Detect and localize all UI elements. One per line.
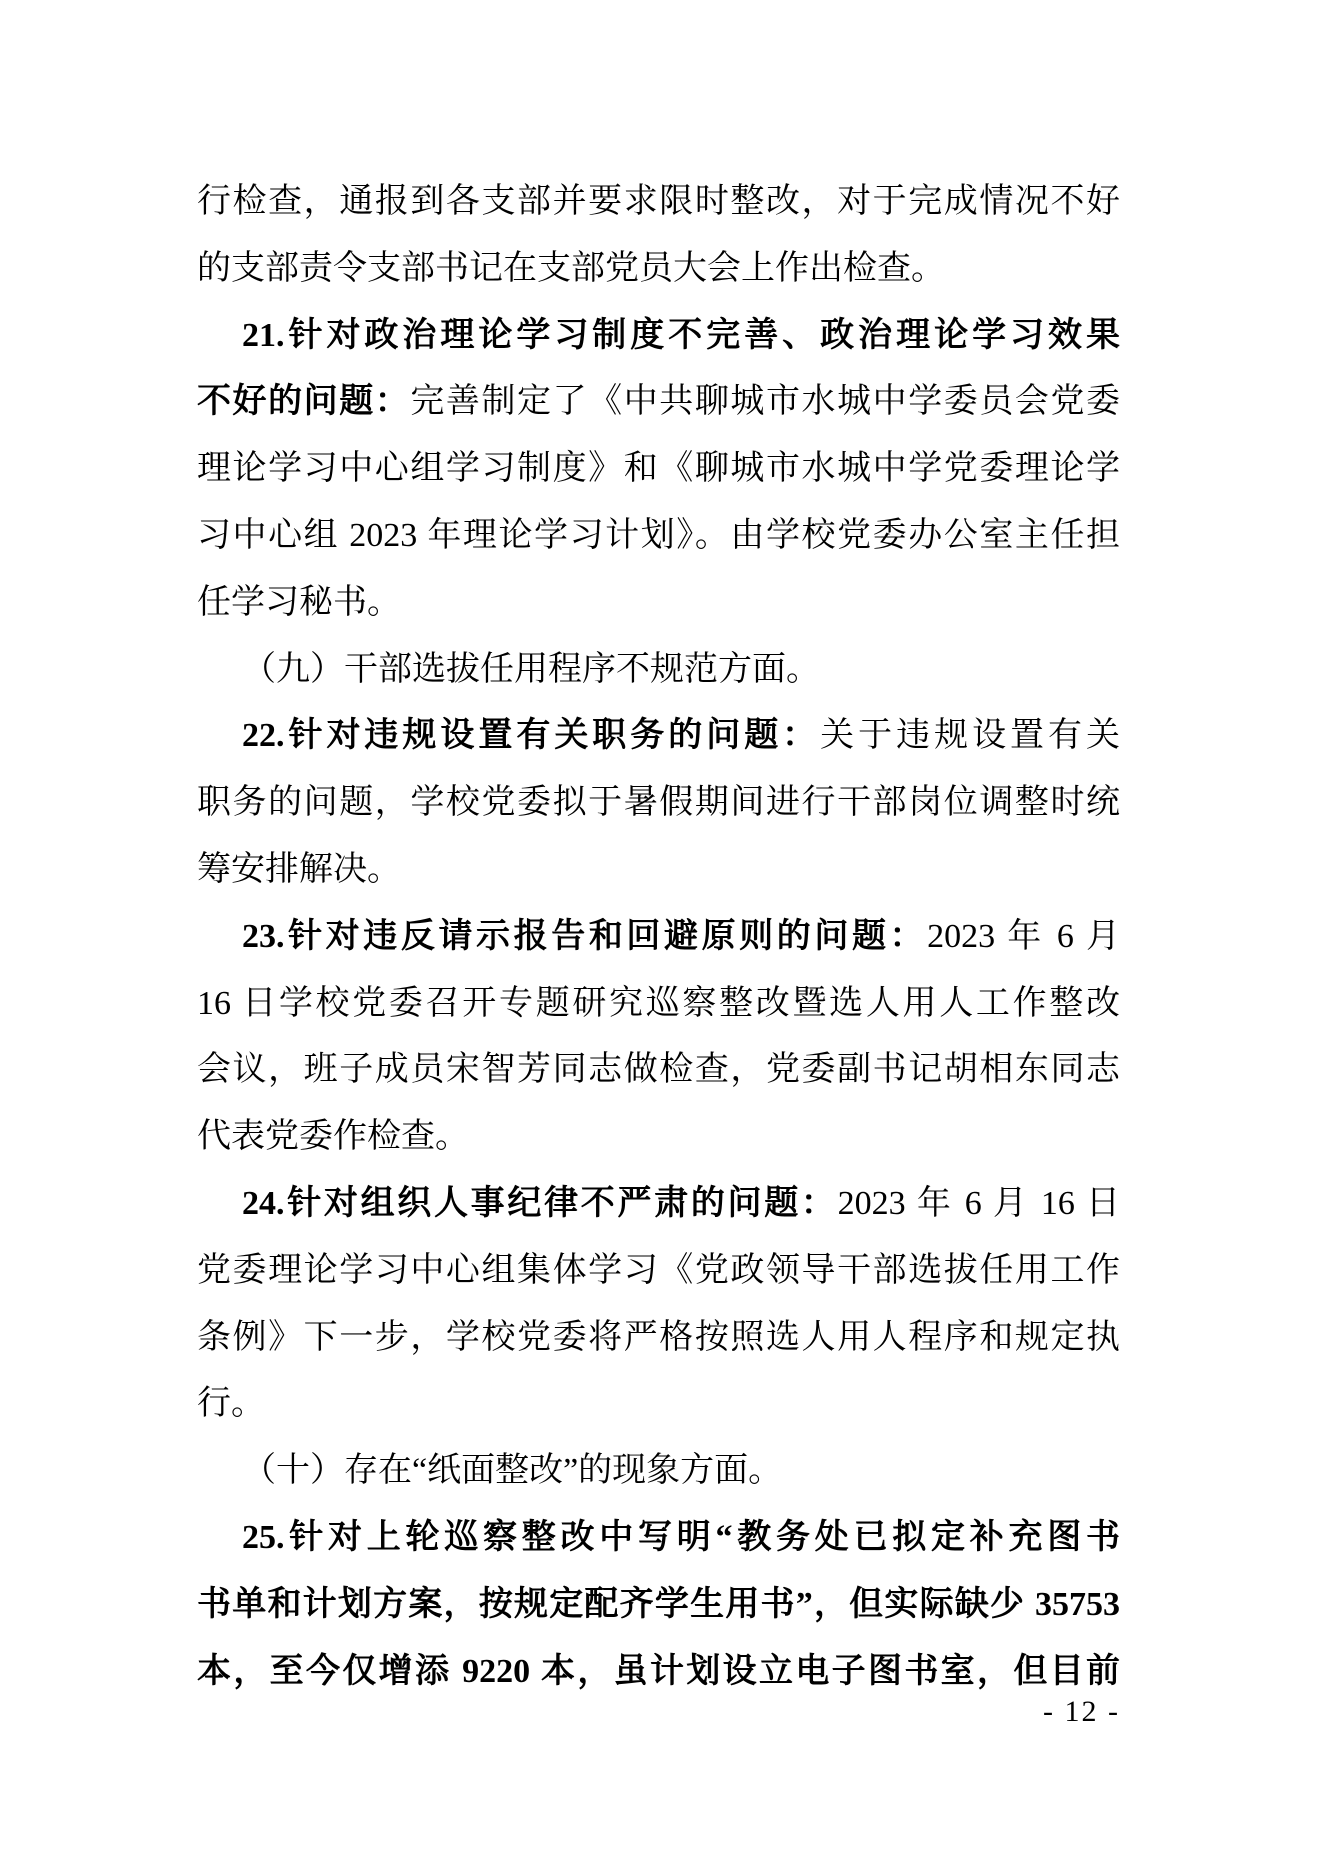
document-line: 16 日学校党委召开专题研究巡察整改暨选人用人工作整改 — [197, 971, 1120, 1038]
text-segment: 23.针对违反请示报告和回避原则的问题： — [242, 918, 927, 955]
document-line: 职务的问题，学校党委拟于暑假期间进行干部岗位调整时统 — [197, 770, 1120, 837]
text-segment: 会议，班子成员宋智芳同志做检查，党委副书记胡相东同志 — [197, 1051, 1120, 1088]
document-line: 条例》下一步，学校党委将严格按照选人用人程序和规定执 — [197, 1305, 1120, 1372]
document-line: 理论学习中心组学习制度》和《聊城市水城中学党委理论学 — [197, 436, 1120, 503]
text-segment: 筹安排解决。 — [197, 851, 401, 888]
page-number: - 12 - — [197, 1694, 1120, 1730]
text-segment: 24.针对组织人事纪律不严肃的问题： — [242, 1185, 838, 1222]
text-segment: 任学习秘书。 — [197, 584, 401, 621]
text-segment: 2023 年 6 月 — [927, 918, 1120, 955]
text-segment: 不好的问题： — [197, 383, 410, 420]
text-segment: 理论学习中心组学习制度》和《聊城市水城中学党委理论学 — [197, 450, 1120, 487]
text-segment: （十）存在“纸面整改”的现象方面。 — [242, 1452, 782, 1489]
text-segment: 的支部责令支部书记在支部党员大会上作出检查。 — [197, 250, 945, 287]
document-line: 代表党委作检查。 — [197, 1104, 1120, 1171]
document-line: （九）干部选拔任用程序不规范方面。 — [197, 637, 1120, 704]
document-line: 24.针对组织人事纪律不严肃的问题：2023 年 6 月 16 日 — [197, 1171, 1120, 1238]
document-line: 习中心组 2023 年理论学习计划》。由学校党委办公室主任担 — [197, 503, 1120, 570]
document-line: 党委理论学习中心组集体学习《党政领导干部选拔任用工作 — [197, 1238, 1120, 1305]
text-segment: 22.针对违规设置有关职务的问题： — [242, 717, 820, 754]
document-line: 行检查，通报到各支部并要求限时整改，对于完成情况不好 — [197, 169, 1120, 236]
text-segment: 代表党委作检查。 — [197, 1118, 469, 1155]
document-line: （十）存在“纸面整改”的现象方面。 — [197, 1438, 1120, 1505]
text-segment: 2023 年 6 月 16 日 — [838, 1185, 1120, 1222]
document-body: 行检查，通报到各支部并要求限时整改，对于完成情况不好的支部责令支部书记在支部党员… — [197, 169, 1120, 1705]
text-segment: 16 日学校党委召开专题研究巡察整改暨选人用人工作整改 — [197, 985, 1120, 1022]
text-segment: 条例》下一步，学校党委将严格按照选人用人程序和规定执 — [197, 1319, 1120, 1356]
text-segment: （九）干部选拔任用程序不规范方面。 — [242, 651, 820, 688]
document-line: 任学习秘书。 — [197, 570, 1120, 637]
document-line: 行。 — [197, 1371, 1120, 1438]
text-segment: 党委理论学习中心组集体学习《党政领导干部选拔任用工作 — [197, 1252, 1120, 1289]
document-page: 行检查，通报到各支部并要求限时整改，对于完成情况不好的支部责令支部书记在支部党员… — [0, 0, 1323, 1871]
document-line: 21.针对政治理论学习制度不完善、政治理论学习效果 — [197, 303, 1120, 370]
document-line: 不好的问题：完善制定了《中共聊城市水城中学委员会党委 — [197, 369, 1120, 436]
document-line: 22.针对违规设置有关职务的问题：关于违规设置有关 — [197, 703, 1120, 770]
text-segment: 关于违规设置有关 — [820, 717, 1120, 754]
document-line: 书单和计划方案，按规定配齐学生用书”，但实际缺少 35753 — [197, 1572, 1120, 1639]
text-segment: 行检查，通报到各支部并要求限时整改，对于完成情况不好 — [197, 183, 1120, 220]
text-segment: 完善制定了《中共聊城市水城中学委员会党委 — [410, 383, 1120, 420]
text-segment: 职务的问题，学校党委拟于暑假期间进行干部岗位调整时统 — [197, 784, 1120, 821]
text-segment: 21.针对政治理论学习制度不完善、政治理论学习效果 — [242, 317, 1120, 354]
document-line: 会议，班子成员宋智芳同志做检查，党委副书记胡相东同志 — [197, 1037, 1120, 1104]
document-line: 23.针对违反请示报告和回避原则的问题：2023 年 6 月 — [197, 904, 1120, 971]
text-segment: 习中心组 2023 年理论学习计划》。由学校党委办公室主任担 — [197, 517, 1120, 554]
document-line: 筹安排解决。 — [197, 837, 1120, 904]
document-line: 的支部责令支部书记在支部党员大会上作出检查。 — [197, 236, 1120, 303]
text-segment: 25.针对上轮巡察整改中写明“教务处已拟定补充图书 — [242, 1519, 1120, 1556]
text-segment: 行。 — [197, 1385, 265, 1422]
document-line: 25.针对上轮巡察整改中写明“教务处已拟定补充图书 — [197, 1505, 1120, 1572]
text-segment: 本，至今仅增添 9220 本，虽计划设立电子图书室，但目前 — [197, 1653, 1120, 1690]
text-segment: 书单和计划方案，按规定配齐学生用书”，但实际缺少 35753 — [197, 1586, 1120, 1623]
